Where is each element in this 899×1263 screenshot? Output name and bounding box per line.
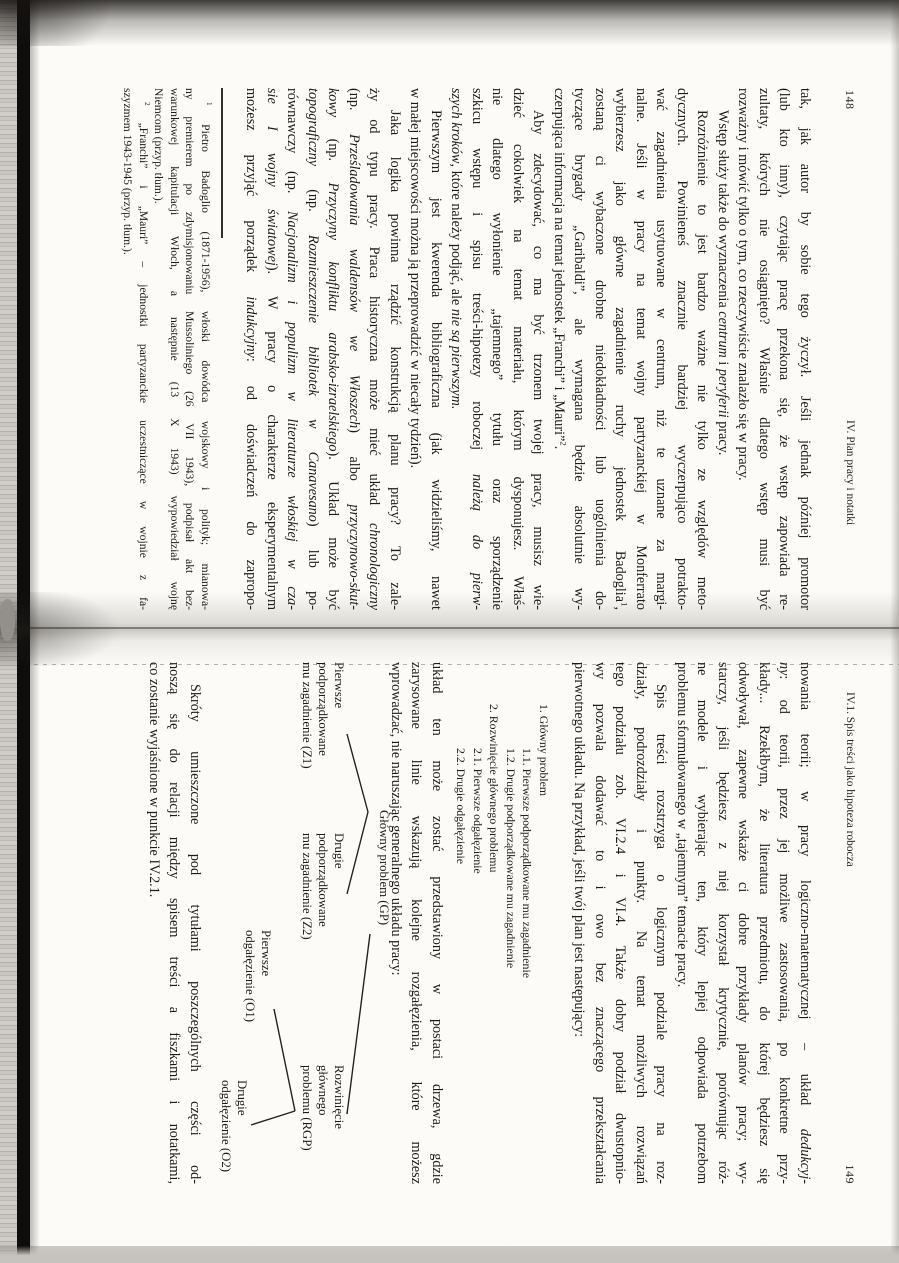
page-149-bottom-text: Skróty umieszczone pod tytułami poszczeg… <box>144 662 206 1184</box>
running-head-149: IV.1. Spis treści jako hipoteza robocza <box>844 692 856 867</box>
text-line: działy, podrozdziały i punkty. Na temat … <box>631 662 652 1184</box>
text-line: (np. Prześladowania waldensów we Włoszec… <box>344 88 365 610</box>
text-line: dycznych. Powinieneś znacznie bardziej w… <box>672 88 693 610</box>
page-149: IV.1. Spis treści jako hipoteza robocza … <box>0 632 899 1263</box>
text-line: ży od typu pracy. Praca historyczna może… <box>364 88 385 610</box>
page-149-header: IV.1. Spis treści jako hipoteza robocza … <box>839 662 857 1184</box>
text-line: Aby zdecydować, co ma być trzonem twojej… <box>528 88 549 610</box>
book-spread: 148 IV. Plan pracy i notatki tak, jak au… <box>0 0 899 1263</box>
page-number-149: 149 <box>842 1165 857 1185</box>
text-line: noszą się do relacji między spisem treśc… <box>164 662 185 1184</box>
page-148-body-text: tak, jak autor by sobie tego życzył. Jeś… <box>241 88 815 610</box>
text-line: co zostanie wyjaśnione w punkcie IV.2.1. <box>144 662 165 1184</box>
text-line: kowy (np. Przyczyny konfliktu arabsko-iz… <box>323 88 344 610</box>
text-line: pierwotnego układu. Na przykład, jeśli t… <box>569 662 590 1184</box>
text-line: ne modele i wybierając ten, który lepiej… <box>692 662 713 1184</box>
text-line: warunkowej kapitulacji Włoch, a następni… <box>166 88 182 610</box>
text-line: kłady... Rzekłbym, że literatura przedmi… <box>754 662 775 1184</box>
text-line: ny: od teorii, przez jej możliwe zastoso… <box>774 662 795 1184</box>
text-line: rozważny i mówić tylko o tym, co rzeczyw… <box>733 88 754 610</box>
diagram-node-z2: Drugie podporządkowane mu zagadnienie (Z… <box>299 833 347 940</box>
text-line: Spis treści rozstrzyga o logicznym podzi… <box>651 662 672 1184</box>
text-line: ny premierem po zdymisjonowaniu Mussolin… <box>182 88 198 610</box>
text-line: wybierzesz jako główne zagadnienie ruchy… <box>610 88 631 610</box>
text-line: szyzmem 1943-1945 (przyp. tłum.). <box>119 88 135 610</box>
text-line: tyczące brygady „Garibaldi”, ale wymagan… <box>569 88 590 610</box>
text-line: topograficzny (np. Rozmieszczenie biblio… <box>303 88 324 610</box>
page-148-header: 148 IV. Plan pracy i notatki <box>839 88 857 610</box>
text-line: Skróty umieszczone pod tytułami poszczeg… <box>185 662 206 1184</box>
text-line: szkicu wstępu i spisu treści-hipotezy ro… <box>467 88 488 610</box>
connector-gp-rgp <box>347 934 370 1114</box>
text-line: (lub kto inny), czytając pracę przekona … <box>774 88 795 610</box>
text-line: zostaną ci wybaczone drobne niedokładnoś… <box>590 88 611 610</box>
outline-item: 1.2. Drugie podporządkowane mu zagadnien… <box>503 704 520 1164</box>
tree-diagram: Główny problem (GP) Pierwsze podporządko… <box>202 662 392 1184</box>
text-line: szych kroków, które należy podjąć, ale n… <box>446 88 467 610</box>
text-line: tego podziału zob. VI.2.4 i VI.4. Także … <box>610 662 631 1184</box>
text-line: w małej miejscowości można ją przeprowad… <box>405 88 426 610</box>
page-number-148: 148 <box>842 90 857 110</box>
text-line: wać zagadnienia usytuowane w centrum, ni… <box>651 88 672 610</box>
connector-gp-z2 <box>347 812 368 894</box>
text-line: czerpująca informacja na temat jednostek… <box>549 88 570 610</box>
book-scan: 148 IV. Plan pracy i notatki tak, jak au… <box>0 0 899 1263</box>
text-line: nie dlatego wyłonienie „tajemnego” tytuł… <box>487 88 508 610</box>
text-line: Wstęp służy także do wyznaczenia centrum… <box>713 88 734 610</box>
outline-item: 1. Główny problem <box>536 704 553 1164</box>
diagram-node-o2: Drugie odgałęzienie (O2) <box>218 1080 250 1172</box>
text-line: problemu sformułowanego w „tajemnym” tem… <box>672 662 693 1184</box>
page-149-body-text: nowania teorii; w pracy logiczno-matemat… <box>569 662 815 1184</box>
diagram-node-gp: Główny problem (GP) <box>376 810 392 925</box>
text-line: Jaka logika powinna rządzić konstrukcją … <box>385 88 406 610</box>
connector-rgp-o2 <box>251 1111 295 1125</box>
text-line: 1 Pietro Badoglio (1871-1956), włoski do… <box>197 88 213 610</box>
diagram-node-z1: Pierwsze podporządkowane mu zagadnienie … <box>299 662 347 769</box>
running-head-148: IV. Plan pracy i notatki <box>844 420 856 525</box>
diagram-node-o1: Pierwsze odgałęzienie (O1) <box>242 930 274 1022</box>
connector-rgp-o1 <box>274 1009 295 1111</box>
outline-list: 1. Główny problem1.1. Pierwsze podporząd… <box>453 704 552 1164</box>
text-line: zarysowane linie wskazują kolejne rozgał… <box>406 662 427 1184</box>
outline-item: 2.2. Drugie odgałęzienie <box>453 704 470 1164</box>
outline-item: 2. Rozwinięcie głównego problemu <box>486 704 503 1164</box>
connector-gp-z1 <box>347 734 368 812</box>
text-line: możesz przyjąć porządek indukcyjny: od d… <box>241 88 262 610</box>
page-148-footnotes: 1 Pietro Badoglio (1871-1956), włoski do… <box>119 88 213 610</box>
text-line: Rozróżnienie to jest bardzo ważne nie ty… <box>692 88 713 610</box>
text-line: starczy, jeśli będziesz z niej korzystał… <box>713 662 734 1184</box>
text-line: odwoływał, zapewne wskaże ci dobre przyk… <box>733 662 754 1184</box>
outline-item: 2.1. Pierwsze odgałęzienie <box>470 704 487 1164</box>
text-line: nalne. Jeśli w pracy na temat wojny part… <box>631 88 652 610</box>
text-line: nowania teorii; w pracy logiczno-matemat… <box>795 662 816 1184</box>
text-line: sie I wojny światowej). W pracy o charak… <box>262 88 283 610</box>
text-line: Pierwszym jest kwerenda bibliograficzna … <box>426 88 447 610</box>
page-148: 148 IV. Plan pracy i notatki tak, jak au… <box>0 0 899 631</box>
text-line: 2 „Franchi” i „Mauri” – jednostki partyz… <box>135 88 151 610</box>
text-line: wy pozwala dodawać to i owo bez znaczące… <box>590 662 611 1184</box>
text-line: układ ten może zostać przedstawiony w po… <box>427 662 448 1184</box>
text-line: tak, jak autor by sobie tego życzył. Jeś… <box>795 88 816 610</box>
text-line: dzieć cokolwiek na temat materiału, któr… <box>508 88 529 610</box>
text-line: równawczy (np. Nacjonalizm i populizm w … <box>282 88 303 610</box>
text-line: Niemcom (przyp. tłum.). <box>151 88 167 610</box>
diagram-node-rgp: Rozwinięcie głównego problemu (RGP) <box>299 1065 347 1151</box>
footnote-separator <box>222 88 224 238</box>
text-line: zultaty, których nie osiągnięto? Właśnie… <box>754 88 775 610</box>
outline-item: 1.1. Pierwsze podporządkowane mu zagadni… <box>519 704 536 1164</box>
page-149-mid-text: układ ten może zostać przedstawiony w po… <box>386 662 448 1184</box>
